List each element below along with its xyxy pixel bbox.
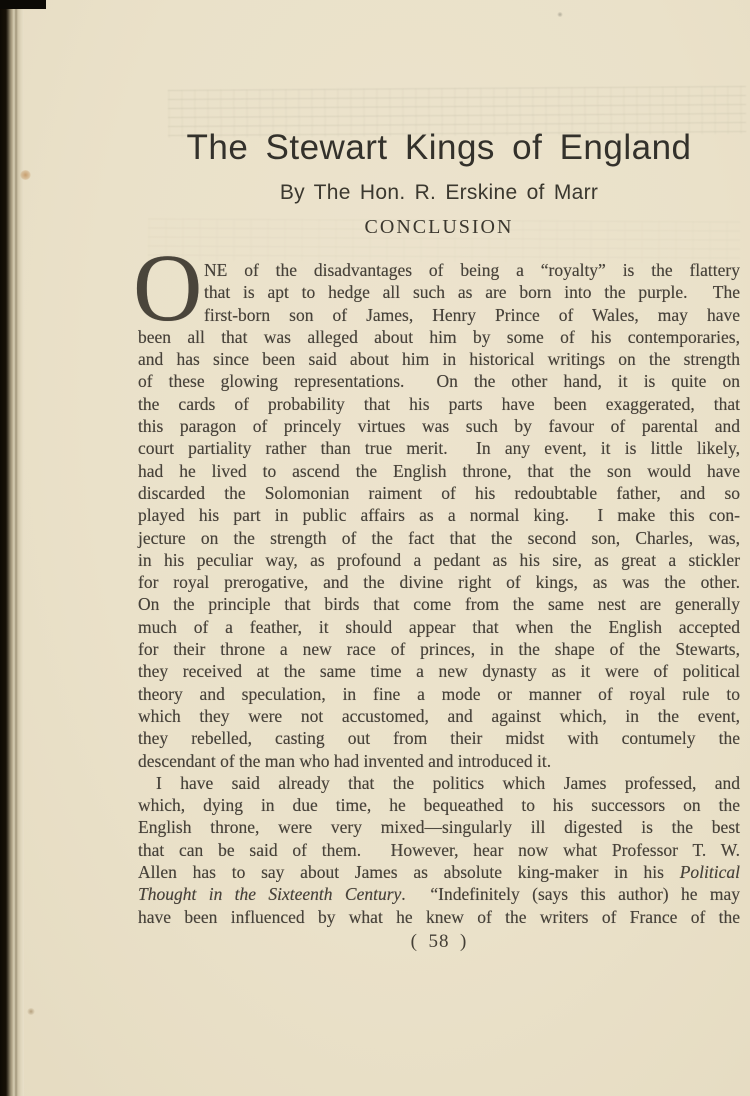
body-line: NE of the disadvantages of being a “roya… [138,259,740,281]
body-line: first-born son of James, Henry Prince of… [138,304,740,326]
book-binding-edge [0,0,24,1096]
byline: By The Hon. R. Erskine of Marr [138,181,740,205]
body-line: had he lived to ascend the English thron… [138,460,740,482]
article-title: The Stewart Kings of England [138,128,740,168]
body-line: Allen has to say about James as absolute… [138,861,740,883]
body-line: much of a feather, it should appear that… [138,616,740,638]
section-heading: CONCLUSION [138,216,740,239]
body-line: and has since been said about him in his… [138,348,740,370]
body-line: which they were not accustomed, and agai… [138,705,740,727]
body-line: that is apt to hedge all such as are bor… [138,281,740,303]
scan-corner-shadow [0,0,46,9]
body-text: O NE of the disadvantages of being a “ro… [138,259,740,928]
body-line: jecture on the strength of the fact that… [138,527,740,549]
body-line: court partiality rather than true merit.… [138,437,740,459]
foxing-spot [27,1008,35,1015]
body-line: they rebelled, casting out from their mi… [138,727,740,749]
body-line: for their throne a new race of princes, … [138,638,740,660]
body-line: which, dying in due time, he bequeathed … [138,794,740,816]
body-line: for royal prerogative, and the divine ri… [138,571,740,593]
scanned-book-page: The Stewart Kings of England By The Hon.… [0,0,750,1096]
body-line: the cards of probability that his parts … [138,393,740,415]
body-line: been all that was alleged about him by s… [138,326,740,348]
body-line: played his part in public affairs as a n… [138,504,740,526]
page-content-column: The Stewart Kings of England By The Hon.… [138,0,740,1096]
body-line: that can be said of them. However, hear … [138,839,740,861]
body-line: English throne, were very mixed—singular… [138,816,740,838]
body-line: this paragon of princely virtues was suc… [138,415,740,437]
body-line: I have said already that the politics wh… [138,772,740,794]
body-line: in his peculiar way, as profound a pedan… [138,549,740,571]
page-number: ( 58 ) [138,931,740,953]
body-line: theory and speculation, in fine a mode o… [138,683,740,705]
body-line: of these glowing representations. On the… [138,370,740,392]
body-line: have been influenced by what he knew of … [138,906,740,928]
body-line: On the principle that birds that come fr… [138,593,740,615]
body-line: Thought in the Sixteenth Century. “Indef… [138,883,740,905]
body-line: descendant of the man who had invented a… [138,750,740,772]
body-line: discarded the Solomonian raiment of his … [138,482,740,504]
body-line: they received at the same time a new dyn… [138,660,740,682]
